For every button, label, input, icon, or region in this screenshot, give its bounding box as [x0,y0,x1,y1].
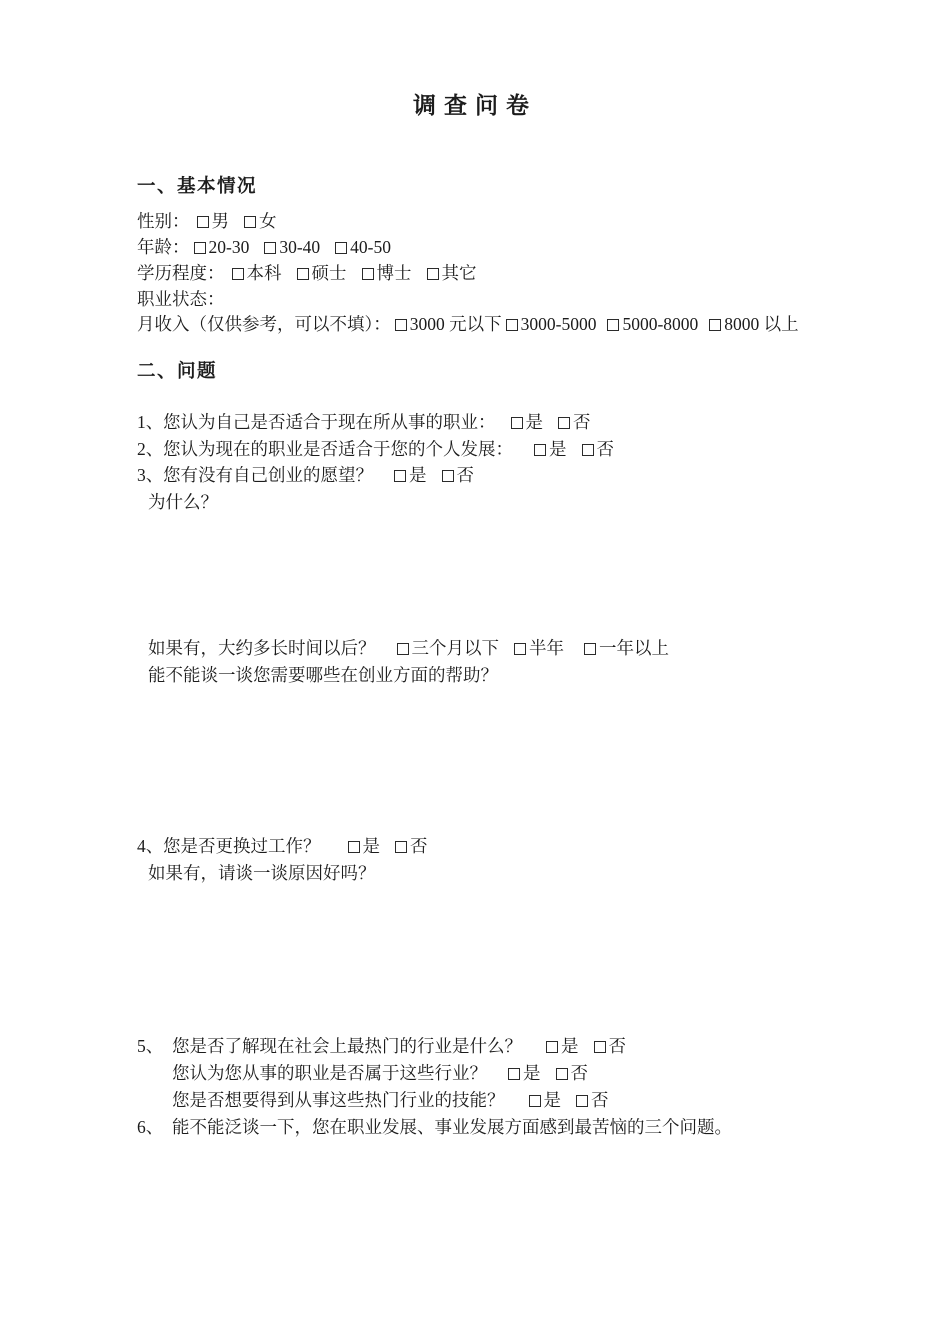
checkbox-income-above-8000[interactable] [709,319,721,331]
age-option-40-50: 40-50 [335,237,391,257]
q3-time-option-over-a-year: 一年以上 [584,638,669,658]
education-other-label: 其它 [442,263,477,283]
q3-option-yes: 是 [394,465,427,485]
education-option-master: 硕士 [297,263,347,283]
education-option-other: 其它 [427,263,477,283]
q3-time-under-3-months-label: 三个月以下 [412,638,500,658]
question-4-row: 4、您是否更换过工作？是否 [137,833,428,859]
checkbox-education-other[interactable] [427,268,439,280]
q5-no-label: 否 [609,1036,627,1056]
education-option-phd: 博士 [362,263,412,283]
checkbox-gender-female[interactable] [244,216,256,228]
age-row: 年龄：20-3030-4040-50 [137,234,391,260]
q4-option-no: 否 [395,836,428,856]
checkbox-education-phd[interactable] [362,268,374,280]
question-5-sub1-row: 您认为您从事的职业是否属于这些行业？是否 [172,1060,588,1086]
gender-row: 性别：男女 [137,208,277,234]
occupation-status-row: 职业状态： [137,286,225,312]
q2-option-no: 否 [582,439,615,459]
q5-option-yes: 是 [546,1036,579,1056]
income-option-above-8000: 8000 以上 [709,314,798,334]
education-option-bachelor: 本科 [232,263,282,283]
age-20-30-label: 20-30 [209,237,250,257]
checkbox-q5-sub2-no[interactable] [576,1095,588,1107]
q1-yes-label: 是 [526,412,544,432]
income-option-below-3000: 3000 元以下 [395,314,502,334]
q3-time-option-half-year: 半年 [514,638,564,658]
checkbox-education-bachelor[interactable] [232,268,244,280]
q5-sub1-yes-label: 是 [523,1063,541,1083]
checkbox-q3-no[interactable] [442,470,454,482]
q5-option-no: 否 [594,1036,627,1056]
checkbox-q1-yes[interactable] [511,417,523,429]
q5-sub2-yes-label: 是 [544,1090,562,1110]
question-3-number: 3、 [137,462,163,488]
checkbox-q3-time-over-a-year[interactable] [584,643,596,655]
q5-sub1-option-yes: 是 [508,1063,541,1083]
income-row: 月收入（仅供参考，可以不填）：3000 元以下3000-50005000-800… [137,311,799,337]
question-5-row: 5、您是否了解现在社会上最热门的行业是什么？是否 [137,1033,626,1059]
q4-option-yes: 是 [348,836,381,856]
section-questions-heading: 二、问题 [137,359,217,385]
q1-option-yes: 是 [511,412,544,432]
q4-no-label: 否 [410,836,428,856]
checkbox-q4-no[interactable] [395,841,407,853]
checkbox-q3-yes[interactable] [394,470,406,482]
checkbox-income-3000-5000[interactable] [506,319,518,331]
question-4-followup-row: 如果有，请谈一谈原因好吗？ [148,860,376,886]
education-bachelor-label: 本科 [247,263,282,283]
page-title: 调查问卷 [0,93,950,119]
question-1-number: 1、 [137,409,163,435]
question-3-time-text: 如果有，大约多长时间以后？ [148,638,376,658]
checkbox-q5-no[interactable] [594,1041,606,1053]
question-3-time-row: 如果有，大约多长时间以后？三个月以下半年一年以上 [148,635,669,661]
q3-no-label: 否 [457,465,475,485]
question-2-row: 2、您认为现在的职业是否适合于您的个人发展：是否 [137,436,614,462]
question-5-sub2-text: 您是否想要得到从事这些热门行业的技能？ [172,1090,505,1110]
income-label: 月收入（仅供参考，可以不填）： [137,314,391,334]
income-option-5000-8000: 5000-8000 [607,314,698,334]
question-3-why-row: 为什么？ [148,489,218,515]
gender-option-male: 男 [197,211,230,231]
question-6-row: 6、能不能泛谈一下，您在职业发展、事业发展方面感到最苦恼的三个问题。 [137,1114,732,1140]
question-2-text: 您认为现在的职业是否适合于您的个人发展： [163,439,513,459]
income-above-8000-label: 8000 以上 [724,314,798,334]
question-3-why-text: 为什么？ [148,492,218,512]
checkbox-q2-no[interactable] [582,444,594,456]
checkbox-q3-time-half-year[interactable] [514,643,526,655]
question-4-text: 您是否更换过工作？ [163,836,321,856]
question-5-sub1-text: 您认为您从事的职业是否属于这些行业？ [172,1063,487,1083]
checkbox-q1-no[interactable] [558,417,570,429]
q3-time-half-year-label: 半年 [529,638,564,658]
checkbox-q5-sub1-yes[interactable] [508,1068,520,1080]
q5-sub2-no-label: 否 [591,1090,609,1110]
age-40-50-label: 40-50 [350,237,391,257]
checkbox-age-20-30[interactable] [194,242,206,254]
checkbox-gender-male[interactable] [197,216,209,228]
question-2-number: 2、 [137,436,163,462]
age-30-40-label: 30-40 [279,237,320,257]
gender-label: 性别： [137,211,190,231]
section-basic-heading: 一、基本情况 [137,174,257,200]
q1-no-label: 否 [573,412,591,432]
income-below-3000-label: 3000 元以下 [410,314,502,334]
question-1-row: 1、您认为自己是否适合于现在所从事的职业：是否 [137,409,591,435]
checkbox-q5-yes[interactable] [546,1041,558,1053]
checkbox-income-below-3000[interactable] [395,319,407,331]
checkbox-q5-sub1-no[interactable] [556,1068,568,1080]
question-4-number: 4、 [137,833,163,859]
q2-option-yes: 是 [534,439,567,459]
q3-time-over-a-year-label: 一年以上 [599,638,669,658]
question-5-sub2-row: 您是否想要得到从事这些热门行业的技能？是否 [172,1087,609,1113]
question-4-followup-text: 如果有，请谈一谈原因好吗？ [148,863,376,883]
education-master-label: 硕士 [312,263,347,283]
checkbox-income-5000-8000[interactable] [607,319,619,331]
gender-male-label: 男 [212,211,230,231]
income-option-3000-5000: 3000-5000 [506,314,597,334]
occupation-status-label: 职业状态： [137,289,225,309]
question-3-help-text: 能不能谈一谈您需要哪些在创业方面的帮助？ [148,665,498,685]
q3-time-option-under-3-months: 三个月以下 [397,638,500,658]
questionnaire-page: 调查问卷 一、基本情况 性别：男女 年龄：20-3030-4040-50 学历程… [0,0,950,1344]
question-3-help-row: 能不能谈一谈您需要哪些在创业方面的帮助？ [148,662,498,688]
question-1-text: 您认为自己是否适合于现在所从事的职业： [163,412,496,432]
income-3000-5000-label: 3000-5000 [521,314,597,334]
question-3-text: 您有没有自己创业的愿望？ [163,465,373,485]
education-phd-label: 博士 [377,263,412,283]
education-row: 学历程度：本科硕士博士其它 [137,260,477,286]
q3-option-no: 否 [442,465,475,485]
q4-yes-label: 是 [363,836,381,856]
checkbox-age-40-50[interactable] [335,242,347,254]
gender-option-female: 女 [244,211,277,231]
checkbox-q3-time-under-3-months[interactable] [397,643,409,655]
question-3-row: 3、您有没有自己创业的愿望？是否 [137,462,474,488]
age-option-30-40: 30-40 [264,237,320,257]
question-5-number: 5、 [137,1033,172,1059]
q5-sub2-option-yes: 是 [529,1090,562,1110]
q3-yes-label: 是 [409,465,427,485]
q5-sub2-option-no: 否 [576,1090,609,1110]
checkbox-age-30-40[interactable] [264,242,276,254]
gender-female-label: 女 [259,211,277,231]
q1-option-no: 否 [558,412,591,432]
q5-sub1-no-label: 否 [571,1063,589,1083]
education-label: 学历程度： [137,263,225,283]
q2-no-label: 否 [597,439,615,459]
question-5-text: 您是否了解现在社会上最热门的行业是什么？ [172,1036,522,1056]
question-6-text: 能不能泛谈一下，您在职业发展、事业发展方面感到最苦恼的三个问题。 [172,1117,732,1137]
q5-yes-label: 是 [561,1036,579,1056]
q5-sub1-option-no: 否 [556,1063,589,1083]
checkbox-q4-yes[interactable] [348,841,360,853]
checkbox-q5-sub2-yes[interactable] [529,1095,541,1107]
age-label: 年龄： [137,237,190,257]
q2-yes-label: 是 [549,439,567,459]
checkbox-q2-yes[interactable] [534,444,546,456]
age-option-20-30: 20-30 [194,237,250,257]
checkbox-education-master[interactable] [297,268,309,280]
question-6-number: 6、 [137,1114,172,1140]
income-5000-8000-label: 5000-8000 [622,314,698,334]
